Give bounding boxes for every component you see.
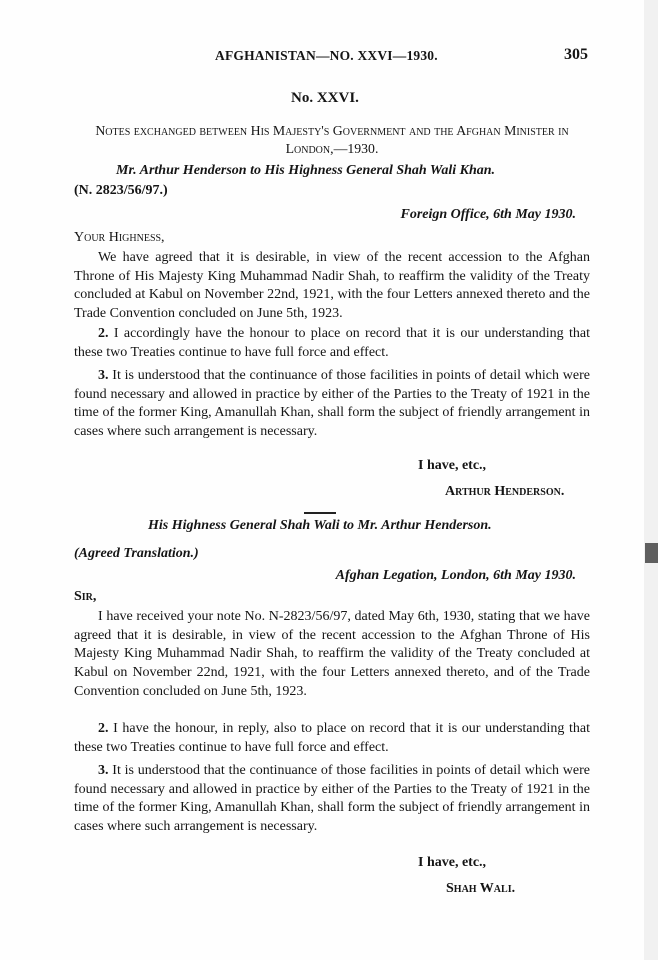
letter1-closing: I have, etc.,	[418, 458, 486, 474]
letter2-signature: Shah Wali.	[446, 881, 515, 897]
vertical-scrollbar[interactable]	[644, 0, 658, 960]
letter1-paragraph-3: 3. It is understood that the continuance…	[74, 367, 590, 442]
letter2-closing: I have, etc.,	[418, 855, 486, 871]
letter1-signature: Arthur Henderson.	[445, 484, 564, 500]
page-number: 305	[564, 46, 588, 64]
letter2-salutation: Sir,	[74, 589, 96, 605]
letter1-paragraph-1: We have agreed that it is desirable, in …	[74, 249, 590, 324]
letter2-note: (Agreed Translation.)	[74, 546, 199, 562]
letter1-reference: (N. 2823/56/97.)	[74, 183, 168, 199]
letter1-heading: Mr. Arthur Henderson to His Highness Gen…	[116, 163, 495, 179]
letter2-paragraph-1: I have received your note No. N-2823/56/…	[74, 608, 590, 702]
letter1-place-date: Foreign Office, 6th May 1930.	[400, 207, 576, 223]
document-page: AFGHANISTAN—NO. XXVI—1930. 305 No. XXVI.…	[0, 0, 644, 960]
letter1-paragraph-2: 2. I accordingly have the honour to plac…	[74, 325, 590, 362]
running-head: AFGHANISTAN—NO. XXVI—1930.	[215, 48, 438, 64]
letter2-place-date: Afghan Legation, London, 6th May 1930.	[336, 568, 576, 584]
section-divider	[304, 512, 336, 514]
document-title: Notes exchanged between His Majesty's Go…	[74, 122, 590, 158]
document-number: No. XXVI.	[291, 90, 359, 107]
letter2-paragraph-3: 3. It is understood that the continuance…	[74, 762, 590, 837]
letter1-salutation: Your Highness,	[74, 230, 165, 246]
letter2-heading: His Highness General Shah Wali to Mr. Ar…	[148, 518, 492, 534]
scrollbar-thumb[interactable]	[645, 543, 658, 563]
letter2-paragraph-2: 2. I have the honour, in reply, also to …	[74, 720, 590, 757]
